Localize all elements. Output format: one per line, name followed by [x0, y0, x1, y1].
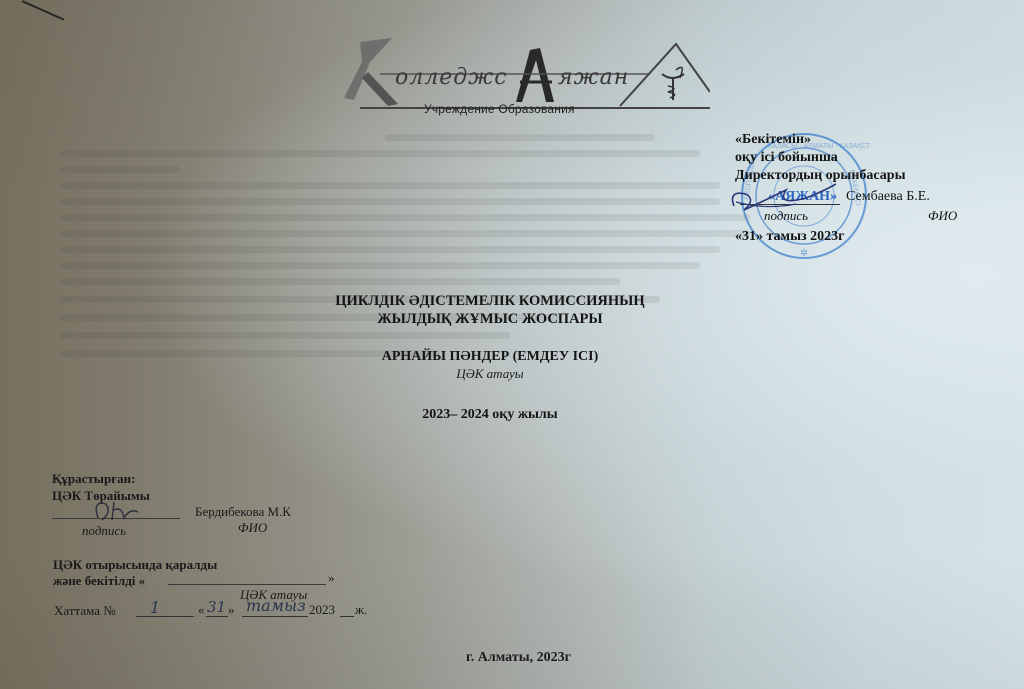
- review-line2-prefix: және бекітілді «: [53, 573, 145, 589]
- commission-label: ЦӘК атауы: [300, 366, 680, 382]
- protocol-label: Хаттама №: [54, 603, 116, 619]
- document-page: олледжс яжан Учреждение Образования КАЛА…: [0, 0, 1024, 689]
- chair-name: Бердибекова М.К: [195, 504, 291, 520]
- logo-wordmark-1: олледжс: [395, 65, 508, 90]
- approval-line1: оқу ісі бойынша: [735, 149, 838, 166]
- approval-date: «31» тамыз 2023г: [735, 228, 845, 245]
- approver-name: Сембаева Б.Е.: [846, 188, 930, 205]
- staple-mark: [22, 0, 65, 21]
- academic-year: 2023– 2024 оқу жылы: [300, 407, 680, 423]
- college-logo: олледжс яжан Учреждение Образования: [340, 32, 710, 112]
- doc-title-line2: ЖЫЛДЫҚ ЖҰМЫС ЖОСПАРЫ: [300, 311, 680, 328]
- compiled-label: Құрастырған:: [52, 471, 135, 487]
- place-date: г. Алматы, 2023г: [466, 650, 571, 666]
- review-line2-suffix: »: [328, 570, 335, 586]
- protocol-day: 31: [207, 598, 226, 616]
- protocol-number: 1: [150, 598, 160, 617]
- approval-header: «Бекітемін»: [735, 131, 811, 148]
- review-line1: ЦӘК отырысында қаралды: [53, 557, 217, 573]
- protocol-year-suffix: ж.: [355, 602, 367, 618]
- protocol-month: тамыз: [246, 596, 306, 615]
- protocol-year: 2023: [309, 602, 335, 618]
- logo-subtitle: Учреждение Образования: [424, 102, 575, 116]
- chair-fio-label: ФИО: [238, 520, 267, 536]
- protocol-day-open: «: [198, 602, 205, 618]
- commission-name: АРНАЙЫ ПӘНДЕР (ЕМДЕУ ІСІ): [300, 349, 680, 365]
- doc-title-line1: ЦИКЛДІК ӘДІСТЕМЕЛІК КОМИССИЯНЫҢ: [300, 293, 680, 310]
- approver-signature-label: подпись: [764, 207, 808, 224]
- protocol-day-close: »: [228, 602, 235, 618]
- chair-signature-label: подпись: [82, 523, 126, 539]
- approver-fio-label: ФИО: [928, 207, 957, 224]
- logo-wordmark-2: яжан: [558, 65, 629, 90]
- chair-signature: [88, 496, 148, 526]
- svg-text:✲: ✲: [800, 248, 808, 259]
